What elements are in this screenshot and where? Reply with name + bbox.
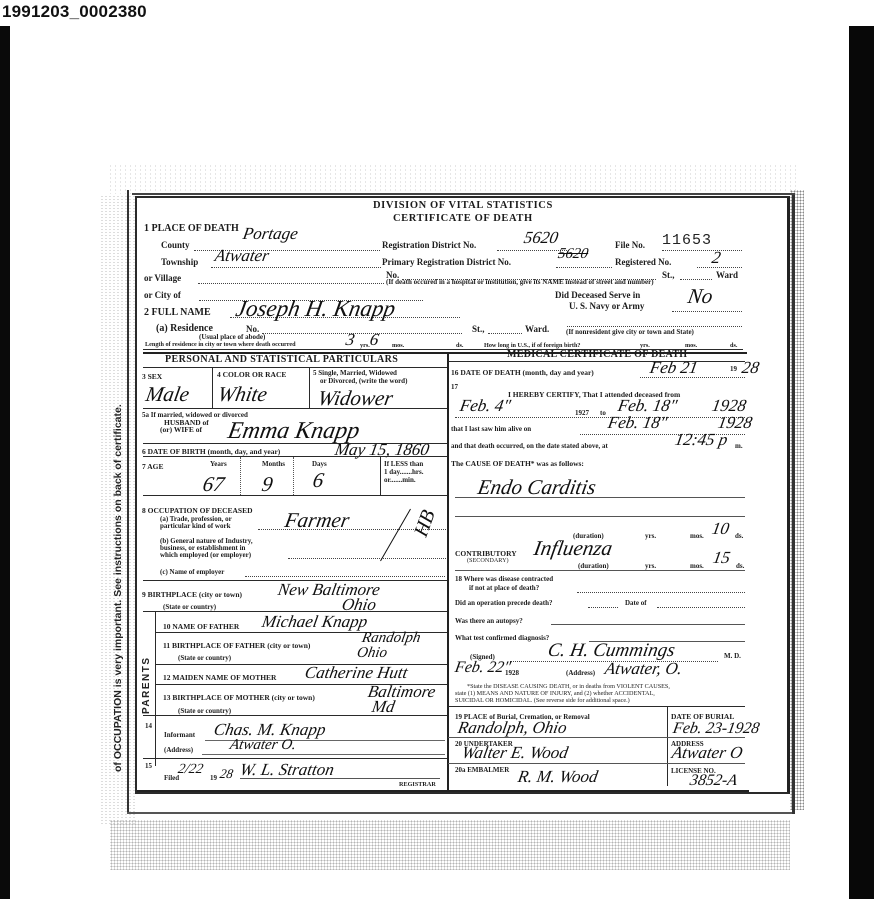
mother-state-label: (State or country): [178, 707, 231, 715]
cause-duration-days: 10: [710, 519, 731, 539]
registered-no-line: [697, 267, 742, 268]
county-label: County: [161, 240, 190, 250]
residence-line: [262, 333, 462, 334]
registered-no-label: Registered No.: [615, 257, 671, 267]
birthplace-state-label: (State or country): [163, 603, 216, 611]
mother-label: 12 MAIDEN NAME OF MOTHER: [163, 673, 276, 682]
full-name-label: 2 FULL NAME: [144, 307, 211, 318]
attended-from-value: Feb. 4": [458, 396, 512, 416]
md-label: M. D.: [724, 652, 741, 660]
father-birthplace-label: 11 BIRTHPLACE OF FATHER (city or town): [163, 641, 310, 650]
parents-label: PARENTS: [141, 615, 155, 755]
informant-address-line: [202, 754, 445, 755]
mother-birthplace-label: 13 BIRTHPLACE OF MOTHER (city or town): [163, 693, 315, 702]
contracted-label-2: if not at place of death?: [469, 584, 539, 592]
primary-district-line: [556, 267, 612, 268]
divider-sex: [212, 367, 213, 408]
column-divider: [447, 352, 449, 792]
file-no-line: [662, 250, 742, 251]
dod-label: 16 DATE OF DEATH (month, day and year): [451, 368, 594, 377]
rule-embalmer: [448, 763, 745, 764]
rule-medical: [448, 361, 745, 362]
age-years-value: 67: [201, 472, 226, 497]
spouse-label-3: (or) WIFE of: [160, 425, 202, 434]
operation-date-label: Date of: [625, 599, 647, 607]
side-instruction-note: of OCCUPATION is very important. See ins…: [112, 332, 136, 772]
contributory-ds-label: ds.: [736, 562, 744, 570]
dob-value: May 15, 1860: [333, 440, 430, 460]
autopsy-line: [551, 624, 745, 625]
embalmer-value: R. M. Wood: [516, 767, 599, 787]
trade-value: Farmer: [283, 508, 352, 533]
township-value: Atwater: [213, 246, 270, 266]
nonresident-note: (If nonresident give city or town and St…: [566, 328, 694, 336]
last-saw-value: Feb. 18": [606, 413, 669, 433]
informant-address-label: (Address): [164, 746, 193, 754]
birthplace-label: 9 BIRTHPLACE (city or town): [142, 590, 242, 599]
attended-from-year: 1927: [575, 409, 589, 417]
rule-age: [143, 456, 447, 457]
employer-label: (c) Name of employer: [160, 568, 224, 576]
ward-label: Ward: [716, 270, 738, 280]
registration-district-label: Registration District No.: [382, 240, 476, 250]
foreign-yrs-label: yrs.: [640, 342, 650, 349]
father-value: Michael Knapp: [260, 612, 369, 632]
foreign-mos-label: mos.: [685, 342, 697, 349]
residence-st-label: St.,: [472, 324, 485, 334]
cause-label: The CAUSE OF DEATH* was as follows:: [451, 459, 584, 468]
registrar-signature: W. L. Stratton: [238, 760, 335, 780]
foreign-birth-label: How long in U.S., if of foreign birth?: [484, 342, 581, 349]
informant-address-value: Atwater O.: [229, 737, 298, 754]
footnote-2: state (1) MEANS AND NATURE OF INJURY, an…: [455, 690, 655, 697]
age-years-label: Years: [210, 460, 227, 468]
village-line: [198, 283, 384, 284]
primary-district-value: 5620: [557, 246, 590, 263]
foreign-ds-label: ds.: [730, 342, 737, 349]
rule-spouse: [143, 408, 447, 409]
age-less-label-2: 1 day.......hrs.: [384, 468, 423, 476]
contracted-line: [577, 592, 745, 593]
industry-label-3: which employed (or employer): [160, 551, 251, 559]
nonresident-line: [567, 326, 742, 327]
test-label: What test confirmed diagnosis?: [455, 634, 549, 642]
township-line: [211, 267, 381, 268]
length-mos-label: mos.: [392, 342, 404, 349]
contributory-value: Influenza: [532, 536, 615, 561]
usual-abode-note: (Usual place of abode): [199, 333, 265, 341]
mother-value: Catherine Hutt: [303, 663, 409, 683]
father-label: 10 NAME OF FATHER: [163, 622, 239, 631]
divider-age-months: [293, 457, 294, 495]
registrar-label: REGISTRAR: [399, 781, 436, 788]
military-line: [672, 311, 742, 312]
father-birthplace-state-value: Ohio: [356, 645, 389, 662]
cause-mos-label: mos.: [690, 532, 704, 540]
filed-num: 15: [145, 762, 152, 770]
residence-ward-line: [488, 333, 522, 334]
primary-district-label: Primary Registration District No.: [382, 257, 511, 267]
length-residence-label: Length of residence in city or town wher…: [145, 341, 296, 348]
age-months-label: Months: [262, 460, 285, 468]
age-label: 7 AGE: [142, 462, 163, 471]
undertaker-value: Walter E. Wood: [460, 743, 569, 763]
rule-informant: [143, 715, 447, 716]
secondary-label: (SECONDARY): [467, 557, 509, 564]
father-state-label: (State or country): [178, 654, 231, 662]
contributory-yrs-label: yrs.: [645, 562, 656, 570]
age-less-label-1: If LESS than: [384, 460, 423, 468]
contributory-duration-label: (duration): [578, 562, 609, 570]
burial-place-value: Randolph, Ohio: [456, 718, 568, 738]
sex-label: 3 SEX: [142, 372, 162, 381]
age-days-label: Days: [312, 460, 327, 468]
divider-race: [309, 367, 310, 408]
village-label: or Village: [144, 273, 181, 283]
contracted-label-1: 18 Where was disease contracted: [455, 575, 553, 583]
cause-line: [455, 497, 745, 498]
informant-num: 14: [145, 722, 152, 730]
divider-burial: [667, 706, 668, 786]
dod-value: Feb 21: [648, 358, 699, 378]
filed-date-value: 2/22: [177, 762, 205, 778]
residence-ward-label: Ward.: [525, 324, 549, 334]
rule-occupation: [143, 495, 447, 496]
divider-age-days: [380, 457, 381, 495]
city-label: or City of: [144, 290, 181, 300]
dob-label: 6 DATE OF BIRTH (month, day, and year): [142, 447, 280, 456]
age-less-label-3: or.......min.: [384, 476, 416, 484]
registrar-line: [240, 778, 440, 779]
file-no-label: File No.: [615, 240, 645, 250]
township-label: Township: [161, 257, 198, 267]
division-title: DIVISION OF VITAL STATISTICS: [373, 200, 553, 211]
trade-label-2: particular kind of work: [160, 522, 230, 530]
industry-line: [288, 558, 446, 559]
employer-line: [245, 576, 445, 577]
certificate-title: CERTIFICATE OF DEATH: [393, 213, 533, 224]
county-value: Portage: [241, 224, 299, 244]
rule-undertaker: [448, 737, 745, 738]
registration-district-value: 5620: [522, 228, 560, 248]
death-time-m-label: m.: [735, 442, 743, 450]
military-value: No: [686, 284, 715, 309]
operation-date-line: [657, 607, 745, 608]
cause-yrs-label: yrs.: [645, 532, 656, 540]
occupation-label: 8 OCCUPATION OF DECEASED: [142, 506, 253, 515]
document-id: 1991203_0002380: [2, 2, 147, 22]
scan-noise-bottom: [110, 820, 790, 870]
rule-filed: [143, 758, 447, 759]
attended-line: [455, 417, 745, 418]
operation-line: [588, 607, 618, 608]
military-label-2: U. S. Navy or Army: [569, 301, 644, 311]
rule-bottom: [137, 790, 749, 792]
death-time-label: and that death occurred, on the date sta…: [451, 442, 608, 450]
scan-noise-top: [108, 164, 798, 194]
signed-year-value: 1928: [505, 669, 519, 677]
attended-to-label: to: [600, 409, 606, 417]
marital-label-2: or Divorced, (write the word): [320, 377, 407, 385]
burial-date-value: Feb. 23-1928: [671, 720, 760, 738]
license-value: 3852-A: [688, 772, 738, 790]
item-17-number: 17: [451, 383, 458, 391]
military-label-1: Did Deceased Serve in: [555, 290, 640, 300]
dod-line: [640, 377, 745, 378]
last-saw-label: that I last saw him alive on: [451, 425, 531, 433]
st-label: St.,: [662, 270, 675, 280]
place-of-death-label: 1 PLACE OF DEATH: [144, 223, 239, 234]
outer-frame-right: [792, 194, 795, 814]
scan-edge-right: [849, 26, 874, 899]
full-name-value: Joseph H. Knapp: [234, 296, 398, 322]
cause-line-2: [455, 516, 745, 517]
scan-edge-left: [0, 26, 10, 899]
contributory-mos-label: mos.: [690, 562, 704, 570]
ward-line: [680, 279, 712, 280]
divider-age-years: [240, 457, 241, 495]
dod-year-prefix: 19: [730, 365, 737, 373]
mother-birthplace-state-value: Md: [370, 697, 396, 717]
marital-label-1: 5 Single, Married, Widowed: [313, 369, 397, 377]
physician-address-label: (Address): [566, 669, 595, 677]
contributory-duration-days: 15: [711, 548, 732, 568]
autopsy-label: Was there an autopsy?: [455, 617, 523, 625]
personal-section-title: PERSONAL AND STATISTICAL PARTICULARS: [165, 354, 398, 365]
rule-personal: [143, 367, 447, 368]
dod-year-value: 28: [740, 358, 761, 378]
burial-address-value: Atwater O: [670, 743, 744, 763]
sex-value: Male: [144, 382, 192, 407]
hospital-note: (If death occured in a hospital or insti…: [386, 278, 654, 286]
filed-year-prefix: 19: [210, 774, 217, 782]
registration-district-line: [497, 250, 567, 251]
cause-ds-label: ds.: [735, 532, 743, 540]
rule-burial: [448, 706, 745, 707]
contributory-line: [455, 570, 745, 571]
informant-label: Informant: [164, 731, 195, 739]
file-no-value: 11653: [662, 232, 712, 249]
footnote-3: SUICIDAL OR HOMICIDAL. (See reverse side…: [455, 697, 630, 704]
signed-date-value: Feb. 22": [453, 659, 512, 677]
parents-divider: [155, 611, 156, 766]
race-value: White: [216, 382, 269, 407]
outer-frame-bottom: [127, 812, 792, 814]
footnote-1: *State the DISEASE CAUSING DEATH, or in …: [467, 683, 670, 690]
operation-label: Did an operation precede death?: [455, 599, 552, 607]
embalmer-label: 20a EMBALMER: [455, 766, 509, 774]
length-ds-label: ds.: [456, 342, 463, 349]
physician-address-value: Atwater, O.: [603, 659, 684, 679]
cert-top-rule: [132, 193, 795, 195]
race-label: 4 COLOR OR RACE: [217, 370, 286, 379]
death-time-value: 12:45 p: [673, 430, 729, 450]
